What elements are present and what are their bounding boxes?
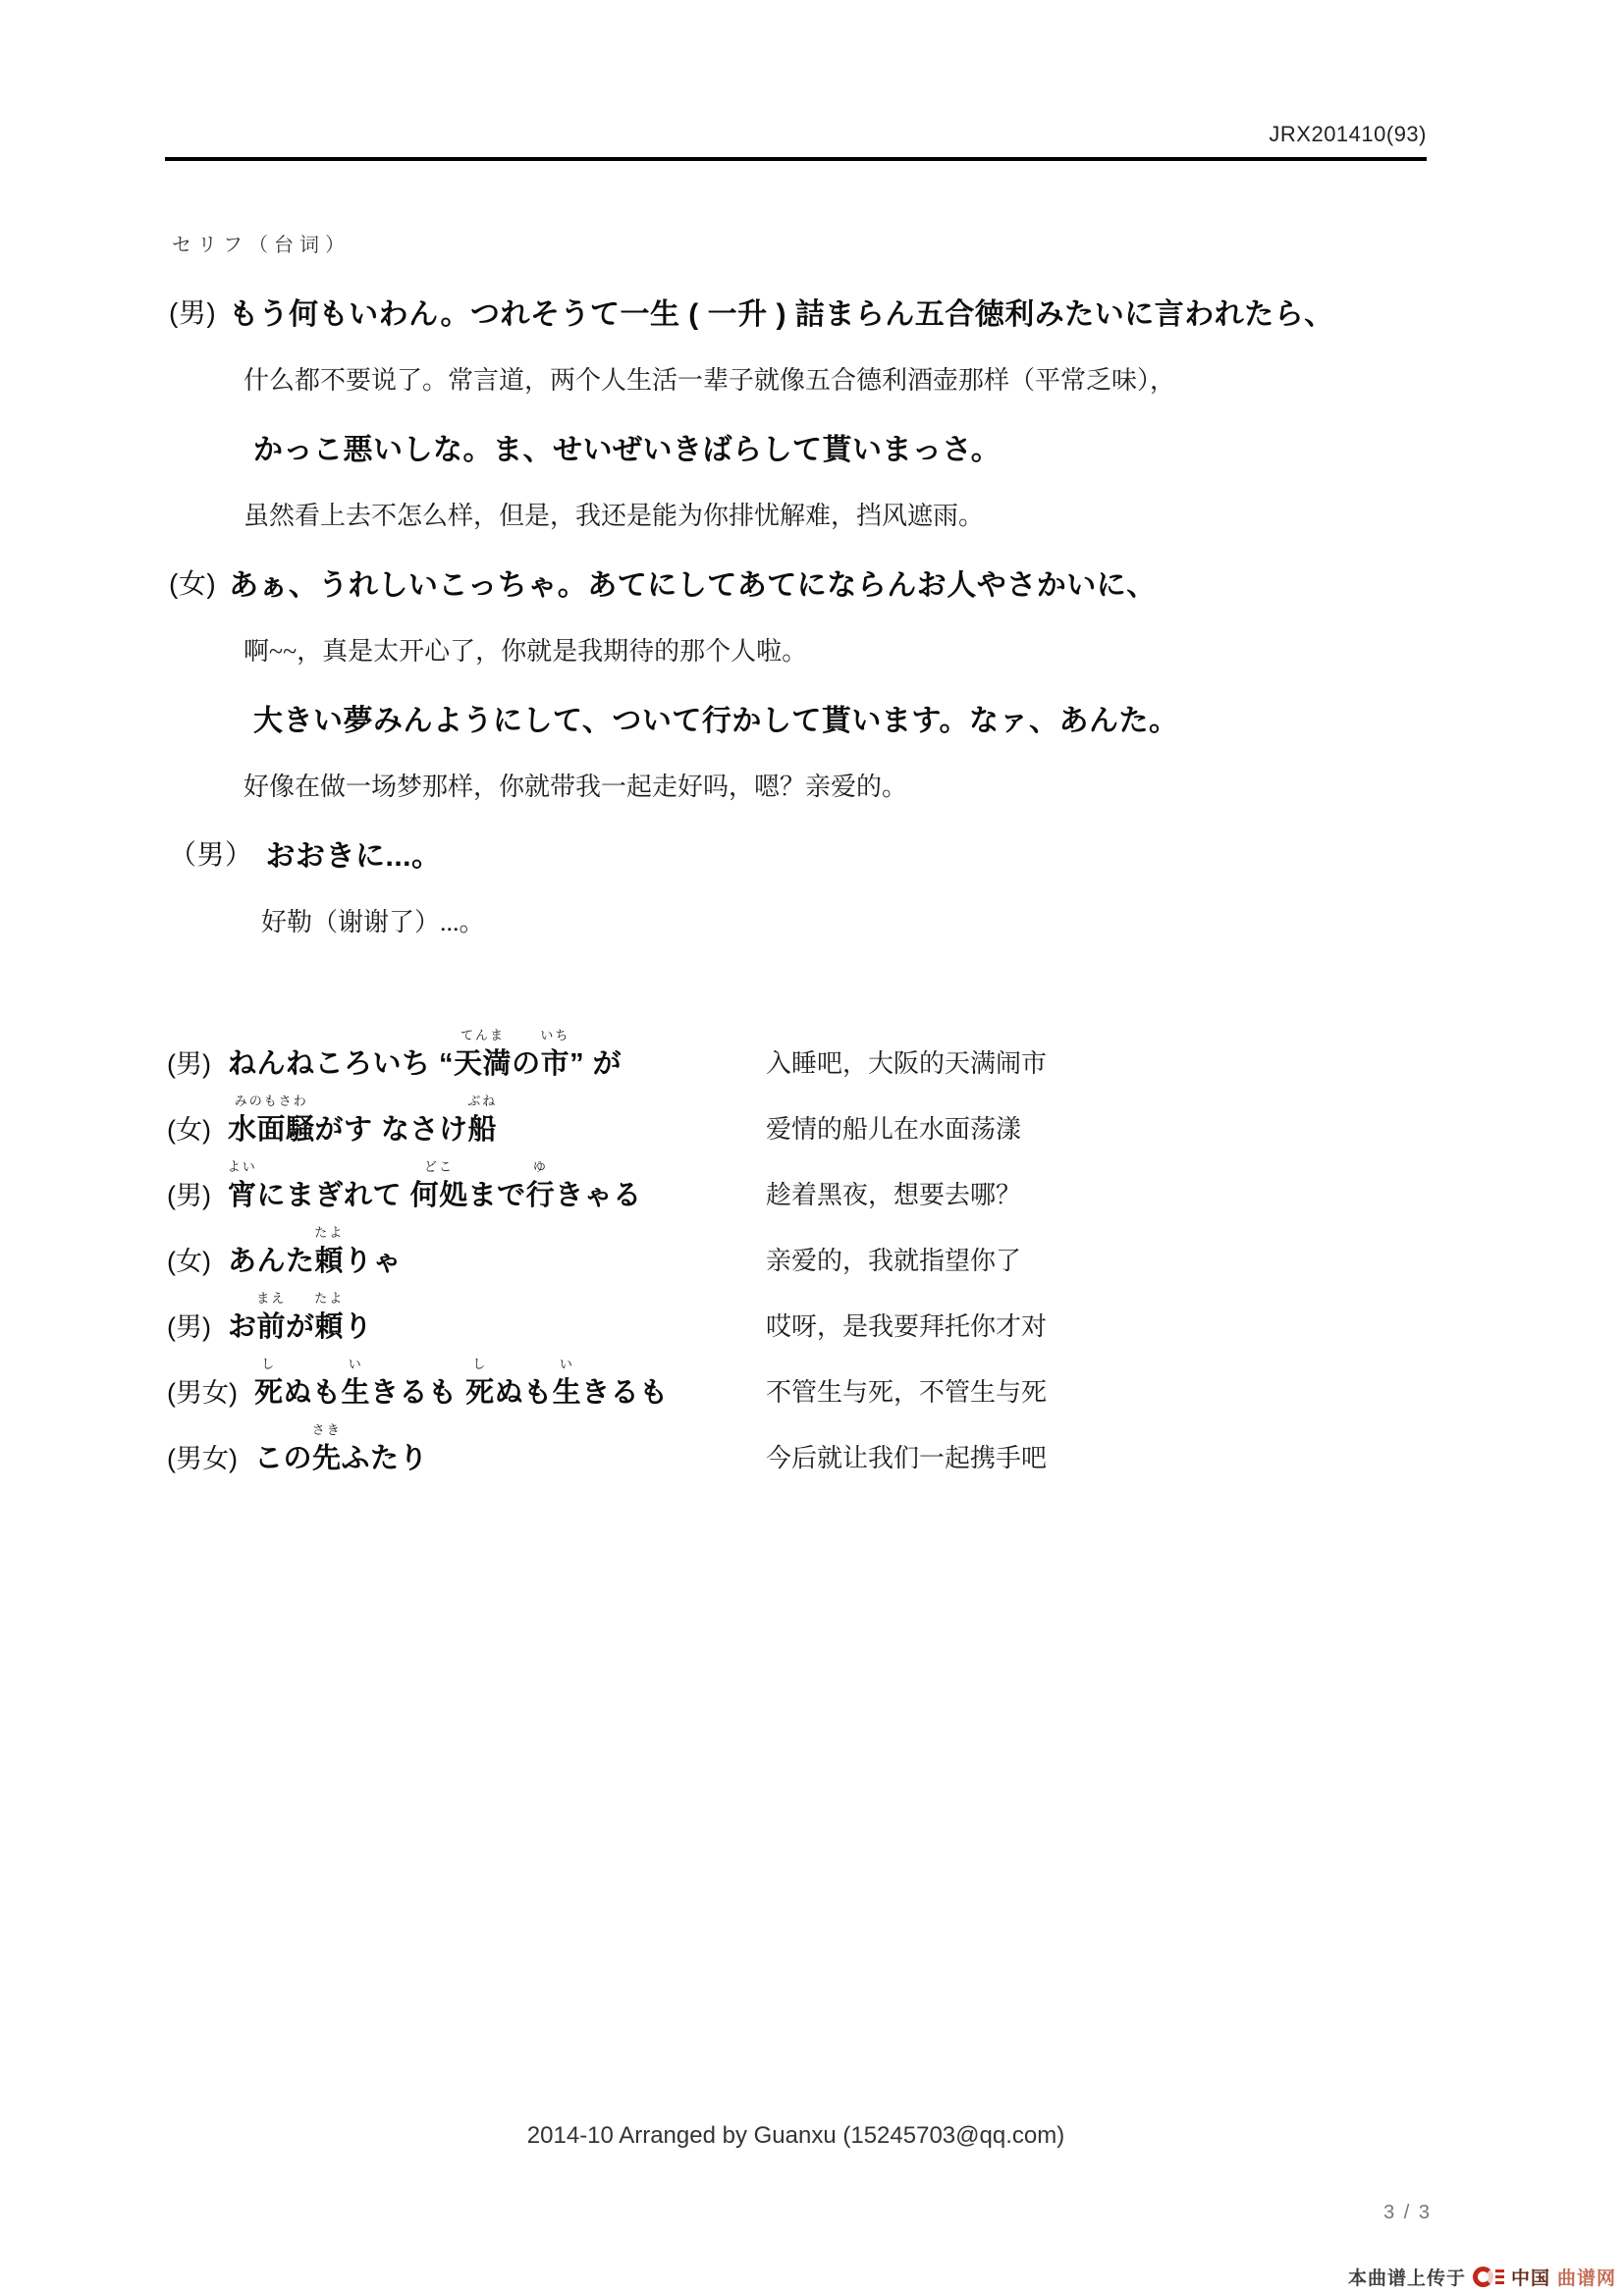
doc-code: JRX201410(93)	[1269, 122, 1427, 147]
dialogue-line-japanese: かっこ悪いしな。ま、せいぜいきばらして貰いまっさ。	[0, 412, 1624, 480]
document-page: JRX201410(93) セリフ（台词） (男)もう何もいわん。つれそうて一生…	[0, 0, 1624, 2296]
speaker-label: (男女)	[167, 1371, 238, 1410]
footer-credit: 2014-10 Arranged by Guanxu (15245703@qq.…	[165, 2122, 1427, 2150]
header-rule	[165, 157, 1427, 161]
dialogue-section: (男)もう何もいわん。つれそうて一生 ( 一升 ) 詰まらん五合徳利みたいに言わ…	[0, 277, 1624, 954]
lyric-japanese: このさき先ふたり	[254, 1436, 428, 1476]
lyric-japanese: し死ぬもい生きるも し死ぬもい生きるも	[254, 1370, 669, 1411]
watermark-site-name-light: 曲谱网	[1557, 2264, 1616, 2290]
speaker-label: (男女)	[167, 1437, 238, 1475]
lyric-chinese-translation: 趁着黑夜，想要去哪？	[766, 1175, 1021, 1211]
dialogue-line-chinese: 好像在做一场梦那样，你就带我一起走好吗，嗯？亲爱的。	[0, 751, 1624, 819]
dialogue-text: 虽然看上去不怎么样，但是，我还是能为你排忧解难，挡风遮雨。	[244, 496, 984, 532]
dialogue-text: もう何もいわん。つれそうて一生 ( 一升 ) 詰まらん五合徳利みたいに言われたら…	[229, 290, 1334, 333]
dialogue-text: 啊~~，真是太开心了，你就是我期待的那个人啦。	[244, 631, 807, 667]
lyric-row: (男女)し死ぬもい生きるも し死ぬもい生きるも不管生与死，不管生与死	[0, 1358, 1624, 1423]
ruby-base: い生	[342, 1370, 371, 1411]
ruby-base: てんま天満	[454, 1041, 512, 1082]
dialogue-line-japanese: (女)あぁ、うれしいこっちゃ。あてにしてあてにならんお人やさかいに、	[0, 548, 1624, 615]
lyrics-section: (男)ねんねころいち “てんま天満のいち市” が入睡吧，大阪的天满闹市(女)みの…	[0, 1029, 1624, 1489]
ruby-base: まえ前	[257, 1305, 287, 1345]
dialogue-line-japanese: (男)もう何もいわん。つれそうて一生 ( 一升 ) 詰まらん五合徳利みたいに言わ…	[0, 277, 1624, 345]
ruby-base: いち市	[541, 1041, 570, 1082]
furigana: し	[261, 1354, 276, 1372]
furigana: い	[349, 1354, 363, 1372]
speaker-label: (男)	[167, 1306, 211, 1344]
furigana: まえ	[256, 1288, 286, 1307]
furigana: さき	[312, 1419, 342, 1438]
lyric-row: (男)おまえ前がたよ頼り哎呀，是我要拜托你才对	[0, 1292, 1624, 1358]
lyric-row: (男)よい宵にまぎれて どこ何処までゆ行きゃる趁着黑夜，想要去哪？	[0, 1160, 1624, 1226]
page-number: 3 / 3	[1383, 2202, 1432, 2224]
lyric-japanese: おまえ前がたよ頼り	[228, 1305, 373, 1345]
ruby-base: い生	[553, 1370, 582, 1411]
lyric-japanese: あんたたよ頼りゃ	[228, 1239, 402, 1279]
lyric-japanese: よい宵にまぎれて どこ何処までゆ行きゃる	[228, 1173, 642, 1213]
furigana: たよ	[314, 1288, 344, 1307]
furigana: いち	[540, 1025, 569, 1043]
furigana: よい	[228, 1156, 257, 1175]
speaker-label: (女)	[167, 1108, 211, 1147]
ruby-base: どこ何処	[410, 1173, 468, 1213]
furigana: どこ	[424, 1156, 454, 1175]
speaker-label: (男)	[167, 1042, 211, 1081]
site-logo-icon	[1473, 2267, 1504, 2287]
dialogue-line-japanese: （男）おおきに...。	[0, 819, 1624, 886]
ruby-base: よい宵	[228, 1173, 257, 1213]
section-label: セリフ（台词）	[172, 229, 351, 257]
watermark: 本曲谱上传于 中国 曲谱网	[1348, 2264, 1616, 2290]
ruby-base: し死	[254, 1370, 284, 1411]
furigana: ゆ	[533, 1156, 548, 1175]
ruby-base: ぶね船	[468, 1107, 498, 1148]
lyric-chinese-translation: 不管生与死，不管生与死	[766, 1372, 1047, 1409]
lyric-chinese-translation: 今后就让我们一起携手吧	[766, 1438, 1047, 1474]
furigana: ぶね	[467, 1091, 497, 1109]
lyric-row: (女)みのもさわ水面騒がす なさけぶね船爱情的船儿在水面荡漾	[0, 1095, 1624, 1160]
dialogue-line-chinese: 虽然看上去不怎么样，但是，我还是能为你排忧解难，挡风遮雨。	[0, 480, 1624, 548]
lyric-row: (男)ねんねころいち “てんま天満のいち市” が入睡吧，大阪的天满闹市	[0, 1029, 1624, 1095]
furigana: し	[472, 1354, 487, 1372]
speaker-label: （男）	[169, 833, 253, 873]
lyric-row: (男女)このさき先ふたり今后就让我们一起携手吧	[0, 1423, 1624, 1489]
ruby-base: みのもさわ水面騒	[228, 1107, 315, 1148]
speaker-label: (女)	[169, 562, 216, 602]
ruby-base: さき先	[312, 1436, 342, 1476]
speaker-label: (男)	[167, 1174, 211, 1212]
watermark-site-name-bold: 中国	[1511, 2264, 1550, 2290]
dialogue-text: あぁ、うれしいこっちゃ。あてにしてあてにならんお人やさかいに、	[229, 561, 1157, 604]
dialogue-text: 大きい夢みんようにして、ついて行かして貰います。なァ、あんた。	[253, 696, 1179, 739]
lyric-japanese: みのもさわ水面騒がす なさけぶね船	[228, 1107, 497, 1148]
dialogue-line-chinese: 啊~~，真是太开心了，你就是我期待的那个人啦。	[0, 615, 1624, 683]
lyric-chinese-translation: 爱情的船儿在水面荡漾	[766, 1109, 1021, 1146]
lyric-japanese: ねんねころいち “てんま天満のいち市” が	[228, 1041, 622, 1082]
speaker-label: (男)	[169, 292, 216, 331]
watermark-prefix: 本曲谱上传于	[1348, 2264, 1466, 2290]
dialogue-line-chinese: 什么都不要说了。常言道，两个人生活一辈子就像五合德利酒壶那样（平常乏味），	[0, 345, 1624, 412]
dialogue-line-chinese: 好勒（谢谢了）...。	[0, 886, 1624, 954]
ruby-base: ゆ行	[526, 1173, 556, 1213]
dialogue-line-japanese: 大きい夢みんようにして、ついて行かして貰います。なァ、あんた。	[0, 683, 1624, 751]
furigana: い	[560, 1354, 574, 1372]
dialogue-text: 什么都不要说了。常言道，两个人生活一辈子就像五合德利酒壶那样（平常乏味），	[244, 360, 1175, 397]
lyric-chinese-translation: 入睡吧，大阪的天满闹市	[766, 1043, 1047, 1080]
lyric-chinese-translation: 亲爱的，我就指望你了	[766, 1241, 1021, 1277]
furigana: てんま	[460, 1025, 505, 1043]
ruby-base: たよ頼	[315, 1305, 345, 1345]
dialogue-text: おおきに...。	[266, 831, 442, 875]
lyric-row: (女)あんたたよ頼りゃ亲爱的，我就指望你了	[0, 1226, 1624, 1292]
furigana: みのもさわ	[235, 1091, 308, 1109]
speaker-label: (女)	[167, 1240, 211, 1278]
dialogue-text: かっこ悪いしな。ま、せいぜいきばらして貰いまっさ。	[253, 425, 1001, 468]
dialogue-text: 好勒（谢谢了）...。	[261, 902, 485, 938]
ruby-base: し死	[465, 1370, 495, 1411]
lyric-chinese-translation: 哎呀，是我要拜托你才对	[766, 1307, 1047, 1343]
dialogue-text: 好像在做一场梦那样，你就带我一起走好吗，嗯？亲爱的。	[244, 767, 907, 803]
ruby-base: たよ頼	[315, 1239, 345, 1279]
furigana: たよ	[314, 1222, 344, 1241]
